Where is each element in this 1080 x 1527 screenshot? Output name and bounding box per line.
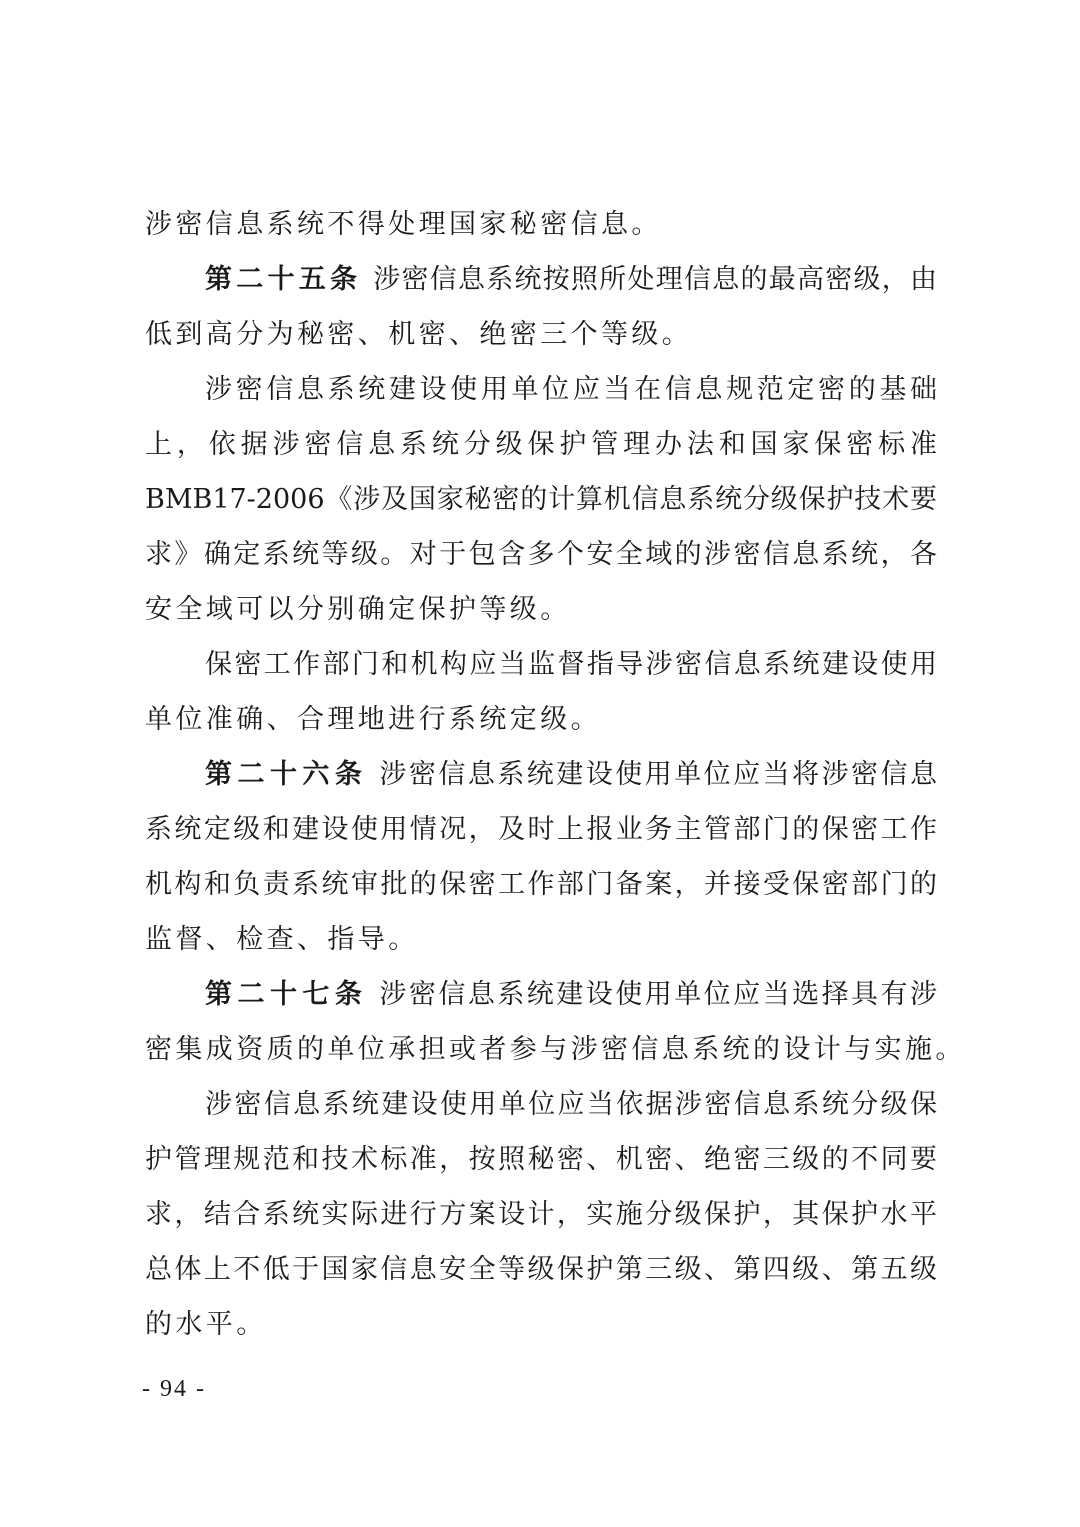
paragraph-line: 涉密信息系统建设使用单位应当在信息规范定密的基础 [145,362,937,417]
paragraph-line: 总体上不低于国家信息安全等级保护第三级、第四级、第五级 [145,1242,937,1297]
paragraph-line: 涉密信息系统不得处理国家秘密信息。 [145,197,937,252]
paragraph-line: 保密工作部门和机构应当监督指导涉密信息系统建设使用 [145,637,937,692]
paragraph-line: 安全域可以分别确定保护等级。 [145,582,937,637]
article-text: 涉密信息系统建设使用单位应当选择具有涉 [379,979,937,1010]
paragraph-line: 护管理规范和技术标准，按照秘密、机密、绝密三级的不同要 [145,1132,937,1187]
article-number: 第二十七条 [205,979,367,1010]
article-26-heading-line: 第二十六条涉密信息系统建设使用单位应当将涉密信息 [145,747,937,802]
paragraph-line: 监督、检查、指导。 [145,912,937,967]
article-text: 涉密信息系统按照所处理信息的最高密级，由 [373,264,937,295]
paragraph-line: 低到高分为秘密、机密、绝密三个等级。 [145,307,937,362]
page-number: - 94 - [142,1376,206,1403]
paragraph-line: 密集成资质的单位承担或者参与涉密信息系统的设计与实施。 [145,1022,937,1077]
paragraph-line: BMB17-2006《涉及国家秘密的计算机信息系统分级保护技术要 [145,472,937,527]
paragraph-line: 求，结合系统实际进行方案设计，实施分级保护，其保护水平 [145,1187,937,1242]
document-body: 涉密信息系统不得处理国家秘密信息。 第二十五条涉密信息系统按照所处理信息的最高密… [145,197,937,1352]
article-text: 涉密信息系统建设使用单位应当将涉密信息 [379,759,937,790]
paragraph-line: 求》确定系统等级。对于包含多个安全域的涉密信息系统，各 [145,527,937,582]
article-number: 第二十六条 [205,759,367,790]
paragraph-line: 系统定级和建设使用情况，及时上报业务主管部门的保密工作 [145,802,937,857]
paragraph-line: 的水平。 [145,1297,937,1352]
paragraph-line: 单位准确、合理地进行系统定级。 [145,692,937,747]
paragraph-line: 机构和负责系统审批的保密工作部门备案，并接受保密部门的 [145,857,937,912]
paragraph-line: 涉密信息系统建设使用单位应当依据涉密信息系统分级保 [145,1077,937,1132]
article-25-heading-line: 第二十五条涉密信息系统按照所处理信息的最高密级，由 [145,252,937,307]
article-27-heading-line: 第二十七条涉密信息系统建设使用单位应当选择具有涉 [145,967,937,1022]
article-number: 第二十五条 [205,264,361,295]
document-page: 涉密信息系统不得处理国家秘密信息。 第二十五条涉密信息系统按照所处理信息的最高密… [0,0,1080,1527]
paragraph-line: 上，依据涉密信息系统分级保护管理办法和国家保密标准 [145,417,937,472]
